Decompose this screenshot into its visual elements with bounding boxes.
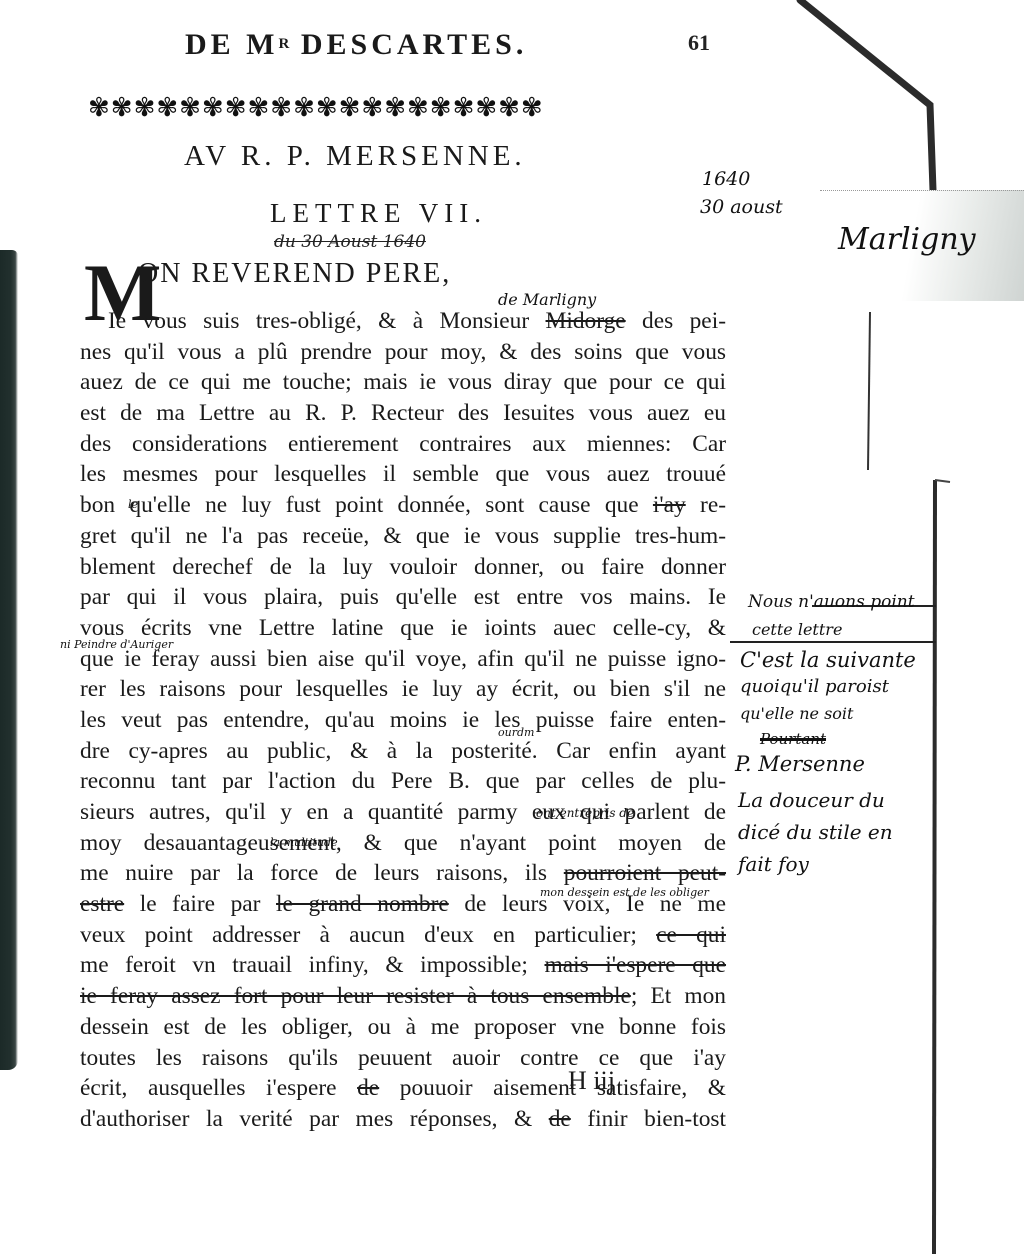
signature-mark: H iij [568, 1066, 615, 1096]
handwritten-mon-dessein: mon dessein est de les obliger [540, 886, 709, 899]
text-run: ; Et mon [631, 983, 726, 1009]
handwritten-la-multitude: la multitude [270, 836, 338, 849]
text-run: reconnu tant par l'action du Pere B. que… [80, 768, 726, 794]
text-run: dre cy-apres au public, & à la posterité… [80, 738, 726, 764]
text-line: veux point addresser à aucun d'eux en pa… [80, 920, 726, 951]
text-line: me nuire par la force de leurs raisons, … [80, 858, 726, 889]
salutation: ON REVEREND PERE, [138, 258, 451, 290]
text-line: dessein est de les obliger, ou à me prop… [80, 1012, 726, 1043]
note-line-struck: Pourtant [760, 730, 826, 748]
text-line: bon qu'elle ne luy fust point donnée, so… [80, 490, 726, 521]
text-run: vous écrits vne Lettre latine que ie ioi… [80, 615, 726, 641]
text-line: reconnu tant par l'action du Pere B. que… [80, 766, 726, 797]
letter-number: LETTRE VII. [270, 198, 487, 229]
text-line: des considerations entierement contraire… [80, 429, 726, 460]
text-line: par qui il vous plaira, puis qu'elle est… [80, 582, 726, 613]
text-line: Ie vous suis tres-obligé, & à Monsieur M… [80, 306, 726, 337]
text-run: rer les raisons pour lesquelles ie luy a… [80, 676, 726, 702]
struck-text: ce qui [656, 922, 726, 948]
text-run: par qui il vous plaira, puis qu'elle est… [80, 584, 726, 610]
note-line: qu'elle ne soit [740, 704, 853, 723]
text-line: blement derechef de la luy vouloir donne… [80, 552, 726, 583]
text-run: veux point addresser à aucun d'eux en pa… [80, 922, 656, 948]
note-line: La douceur du [738, 788, 885, 812]
handwritten-date: 30 aoust [700, 196, 783, 218]
text-line: me feroit vn trauail infiny, & impossibl… [80, 950, 726, 981]
note-line: C'est la suivante [740, 648, 916, 672]
text-line: dre cy-apres au public, & à la posterité… [80, 736, 726, 767]
text-run: nes qu'il vous a plû prendre pour moy, &… [80, 339, 726, 365]
text-run: re- [686, 492, 726, 518]
text-run: me feroit vn trauail infiny, & impossibl… [80, 952, 545, 978]
text-run: écrit, ausquelles i'espere [80, 1075, 357, 1101]
text-run: le faire par [124, 891, 276, 917]
letter-body: Ie vous suis tres-obligé, & à Monsieur M… [80, 306, 726, 1135]
text-line: gret qu'il ne l'a pas receüe, & que ie v… [80, 521, 726, 552]
text-run: toutes les raisons qu'ils peuuent auoir … [80, 1045, 726, 1071]
struck-text: ie feray assez fort pour leur resister à… [80, 983, 631, 1009]
text-line: nes qu'il vous a plû prendre pour moy, &… [80, 337, 726, 368]
text-run: est de ma Lettre au R. P. Recteur des Ie… [80, 400, 726, 426]
note-line: Nous n'auons point [748, 592, 915, 612]
ornamental-border: ✾✾✾✾✾✾✾✾✾✾✾✾✾✾✾✾✾✾✾✾ [88, 90, 728, 126]
note-line: P. Mersenne [735, 752, 865, 776]
text-line: toutes les raisons qu'ils peuuent auoir … [80, 1043, 726, 1074]
text-line: vous écrits vne Lettre latine que ie ioi… [80, 613, 726, 644]
text-line: rer les raisons pour lesquelles ie luy a… [80, 674, 726, 705]
handwritten-ourdm: ourdm [498, 726, 534, 739]
text-run: d'authoriser la verité par mes réponses,… [80, 1106, 549, 1132]
note-line: cette lettre [752, 620, 842, 639]
text-run: pouuoir aisement satisfaire, & [379, 1075, 726, 1101]
struck-text: pourroient peut- [564, 860, 726, 886]
text-run: auez de ce qui me touche; mais ie vous d… [80, 369, 726, 395]
text-run: me nuire par la force de leurs raisons, … [80, 860, 564, 886]
handwritten-left-margin-note: ni Peindre d'Auriger [60, 638, 173, 651]
text-line: les mesmes pour lesquelles il semble que… [80, 459, 726, 490]
handwritten-marligny-label: Marligny [838, 222, 976, 257]
running-head: DE MR DESCARTES. [185, 28, 527, 62]
text-line: moy desauantageusement, & que n'ayant po… [80, 828, 726, 859]
text-line: auez de ce qui me touche; mais ie vous d… [80, 367, 726, 398]
note-line: fait foy [738, 852, 809, 876]
text-line: que ie feray aussi bien aise qu'il voye,… [80, 644, 726, 675]
handwritten-year: 1640 [702, 168, 750, 190]
struck-text: de [549, 1106, 571, 1132]
text-line: ie feray assez fort pour leur resister à… [80, 981, 726, 1012]
note-line: dicé du stile en [738, 820, 893, 844]
text-run: que ie feray aussi bien aise qu'il voye,… [80, 646, 726, 672]
text-line: est de ma Lettre au R. P. Recteur des Ie… [80, 398, 726, 429]
addressee-heading: AV R. P. MERSENNE. [184, 140, 526, 173]
folio-number: 61 [688, 30, 710, 56]
text-run: Ie vous suis tres-obligé, & à Monsieur [108, 308, 546, 334]
text-run: des considerations entierement contraire… [80, 431, 726, 457]
note-line: quoiqu'il paroist [740, 676, 889, 697]
struck-text: mais i'espere que [545, 952, 727, 978]
text-run: dessein est de les obliger, ou à me prop… [80, 1014, 726, 1040]
struck-text: de [357, 1075, 379, 1101]
text-line: écrit, ausquelles i'espere de pouuoir ai… [80, 1073, 726, 1104]
struck-text: estre [80, 891, 124, 917]
handwritten-de-marligny: de Marligny [498, 290, 596, 309]
text-run: bon qu'elle ne luy fust point donnée, so… [80, 492, 653, 518]
handwritten-insert-le: le [128, 498, 138, 511]
handwritten-ont-entrepris: ont entrepris de [536, 806, 634, 820]
text-run: des pei- [626, 308, 726, 334]
text-run: les mesmes pour lesquelles il semble que… [80, 461, 726, 487]
struck-text: le grand nombre [276, 891, 449, 917]
text-line: les veut pas entendre, qu'au moins ie le… [80, 705, 726, 736]
text-line: d'authoriser la verité par mes réponses,… [80, 1104, 726, 1135]
text-run: gret qu'il ne l'a pas receüe, & que ie v… [80, 523, 726, 549]
text-run: les veut pas entendre, qu'au moins ie le… [80, 707, 726, 733]
struck-date-annotation: du 30 Aoust 1640 [274, 232, 426, 252]
text-run: finir bien-tost [571, 1106, 726, 1132]
text-run: moy desauantageusement, & que n'ayant po… [80, 830, 726, 856]
struck-text: i'ay [653, 492, 686, 518]
note-rule-2 [730, 641, 936, 643]
struck-text: Midorge [546, 308, 626, 334]
text-run: blement derechef de la luy vouloir donne… [80, 554, 726, 580]
